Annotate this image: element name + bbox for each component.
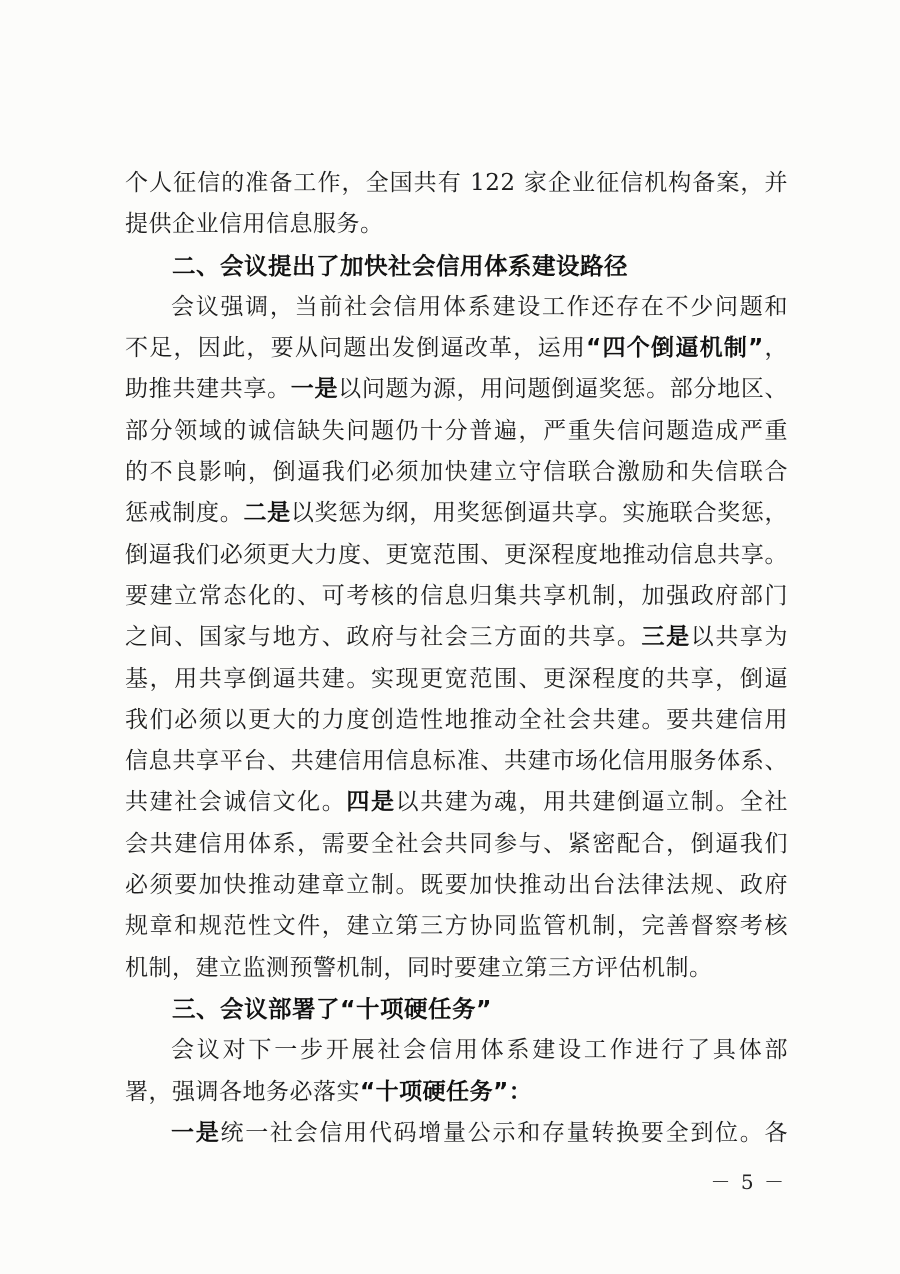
body-text: 个人征信的准备工作，全国共有 122 家企业征信机构备案，并 bbox=[125, 170, 788, 196]
body-text: 倒逼我们必须更大力度、更宽范围、更深程度地推动信息共享。 bbox=[125, 542, 788, 568]
emphasized-text: 三是 bbox=[642, 624, 691, 650]
text-line: 一是统一社会信用代码增量公示和存量转换要全到位。各 bbox=[125, 1113, 788, 1154]
body-text: 的不良影响，倒逼我们必须加快建立守信联合激励和失信联合 bbox=[125, 459, 788, 485]
section-heading: 三、会议部署了“十项硬任务” bbox=[125, 989, 788, 1030]
text-line: 会议强调，当前社会信用体系建设工作还存在不少问题和 bbox=[125, 287, 788, 328]
body-text: 信息共享平台、共建信用信息标准、共建市场化信用服务体系、 bbox=[125, 748, 788, 774]
body-text: 统一社会信用代码增量公示和存量转换要全到位。各 bbox=[220, 1120, 788, 1146]
text-line: 助推共建共享。一是以问题为源，用问题倒逼奖惩。部分地区、 bbox=[125, 369, 788, 410]
body-text: 必须要加快推动建章立制。既要加快推动出台法律法规、政府 bbox=[125, 872, 788, 898]
page-number-text: － 5 － bbox=[711, 1170, 786, 1194]
body-text: 以奖惩为纲，用奖惩倒逼共享。实施联合奖惩， bbox=[291, 500, 788, 526]
body-text: 机制，建立监测预警机制，同时要建立第三方评估机制。 bbox=[125, 955, 713, 981]
body-text: 之间、国家与地方、政府与社会三方面的共享。 bbox=[125, 624, 642, 650]
body-text: 会共建信用体系，需要全社会共同参与、紧密配合，倒逼我们 bbox=[125, 831, 788, 857]
body-text: 会议强调，当前社会信用体系建设工作还存在不少问题和 bbox=[171, 294, 788, 320]
emphasized-text: 四是 bbox=[346, 789, 395, 815]
text-line: 基，用共享倒逼共建。实现更宽范围、更深程度的共享，倒逼 bbox=[125, 659, 788, 700]
body-text: 会议对下一步开展社会信用体系建设工作进行了具体部 bbox=[171, 1037, 788, 1063]
text-line: 规章和规范性文件，建立第三方协同监管机制，完善督察考核 bbox=[125, 906, 788, 947]
emphasized-text: 三、会议部署了“十项硬任务” bbox=[172, 995, 492, 1023]
body-text: 规章和规范性文件，建立第三方协同监管机制，完善督察考核 bbox=[125, 913, 788, 939]
text-line: 不足，因此，要从问题出发倒逼改革，运用“四个倒逼机制”， bbox=[125, 328, 788, 369]
body-text: 署，强调各地务必落实 bbox=[125, 1079, 360, 1105]
text-line: 倒逼我们必须更大力度、更宽范围、更深程度地推动信息共享。 bbox=[125, 535, 788, 576]
text-line: 的不良影响，倒逼我们必须加快建立守信联合激励和失信联合 bbox=[125, 452, 788, 493]
text-line: 会议对下一步开展社会信用体系建设工作进行了具体部 bbox=[125, 1030, 788, 1071]
emphasized-text: “十项硬任务”： bbox=[360, 1079, 532, 1105]
body-text: 提供企业信用信息服务。 bbox=[125, 211, 384, 237]
emphasized-text: 二、会议提出了加快社会信用体系建设路径 bbox=[172, 252, 628, 280]
emphasized-text: 一是 bbox=[291, 376, 338, 402]
text-line: 必须要加快推动建章立制。既要加快推动出台法律法规、政府 bbox=[125, 865, 788, 906]
text-line: 会共建信用体系，需要全社会共同参与、紧密配合，倒逼我们 bbox=[125, 824, 788, 865]
scanned-document-page: 个人征信的准备工作，全国共有 122 家企业征信机构备案，并提供企业信用信息服务… bbox=[0, 0, 900, 1274]
body-text: 要建立常态化的、可考核的信息归集共享机制，加强政府部门 bbox=[125, 583, 788, 609]
emphasized-text: 一是 bbox=[171, 1120, 220, 1146]
text-line: 机制，建立监测预警机制，同时要建立第三方评估机制。 bbox=[125, 948, 788, 989]
body-text: 以共建为魂，用共建倒逼立制。全社 bbox=[396, 789, 788, 815]
text-line: 惩戒制度。二是以奖惩为纲，用奖惩倒逼共享。实施联合奖惩， bbox=[125, 493, 788, 534]
body-text: 基，用共享倒逼共建。实现更宽范围、更深程度的共享，倒逼 bbox=[125, 666, 788, 692]
text-line: 共建社会诚信文化。四是以共建为魂，用共建倒逼立制。全社 bbox=[125, 782, 788, 823]
document-body: 个人征信的准备工作，全国共有 122 家企业征信机构备案，并提供企业信用信息服务… bbox=[125, 163, 788, 1154]
body-text: 不足，因此，要从问题出发倒逼改革，运用 bbox=[125, 335, 586, 361]
text-line: 署，强调各地务必落实“十项硬任务”： bbox=[125, 1072, 788, 1113]
body-text: 共建社会诚信文化。 bbox=[125, 789, 346, 815]
body-text: 我们必须以更大的力度创造性地推动全社会共建。要共建信用 bbox=[125, 707, 788, 733]
text-line: 之间、国家与地方、政府与社会三方面的共享。三是以共享为 bbox=[125, 617, 788, 658]
text-line: 部分领域的诚信缺失问题仍十分普遍，严重失信问题造成严重 bbox=[125, 411, 788, 452]
text-line: 提供企业信用信息服务。 bbox=[125, 204, 788, 245]
text-line: 要建立常态化的、可考核的信息归集共享机制，加强政府部门 bbox=[125, 576, 788, 617]
body-text: 助推共建共享。 bbox=[125, 376, 291, 402]
text-line: 我们必须以更大的力度创造性地推动全社会共建。要共建信用 bbox=[125, 700, 788, 741]
text-line: 个人征信的准备工作，全国共有 122 家企业征信机构备案，并 bbox=[125, 163, 788, 204]
emphasized-text: 二是 bbox=[243, 500, 290, 526]
page-number: － 5 － bbox=[711, 1166, 786, 1195]
body-text: ， bbox=[764, 335, 788, 361]
body-text: 惩戒制度。 bbox=[125, 500, 243, 526]
body-text: 以共享为 bbox=[691, 624, 788, 650]
section-heading: 二、会议提出了加快社会信用体系建设路径 bbox=[125, 246, 788, 287]
emphasized-text: “四个倒逼机制” bbox=[586, 335, 764, 361]
body-text: 以问题为源，用问题倒逼奖惩。部分地区、 bbox=[338, 376, 788, 402]
body-text: 部分领域的诚信缺失问题仍十分普遍，严重失信问题造成严重 bbox=[125, 418, 788, 444]
text-line: 信息共享平台、共建信用信息标准、共建市场化信用服务体系、 bbox=[125, 741, 788, 782]
